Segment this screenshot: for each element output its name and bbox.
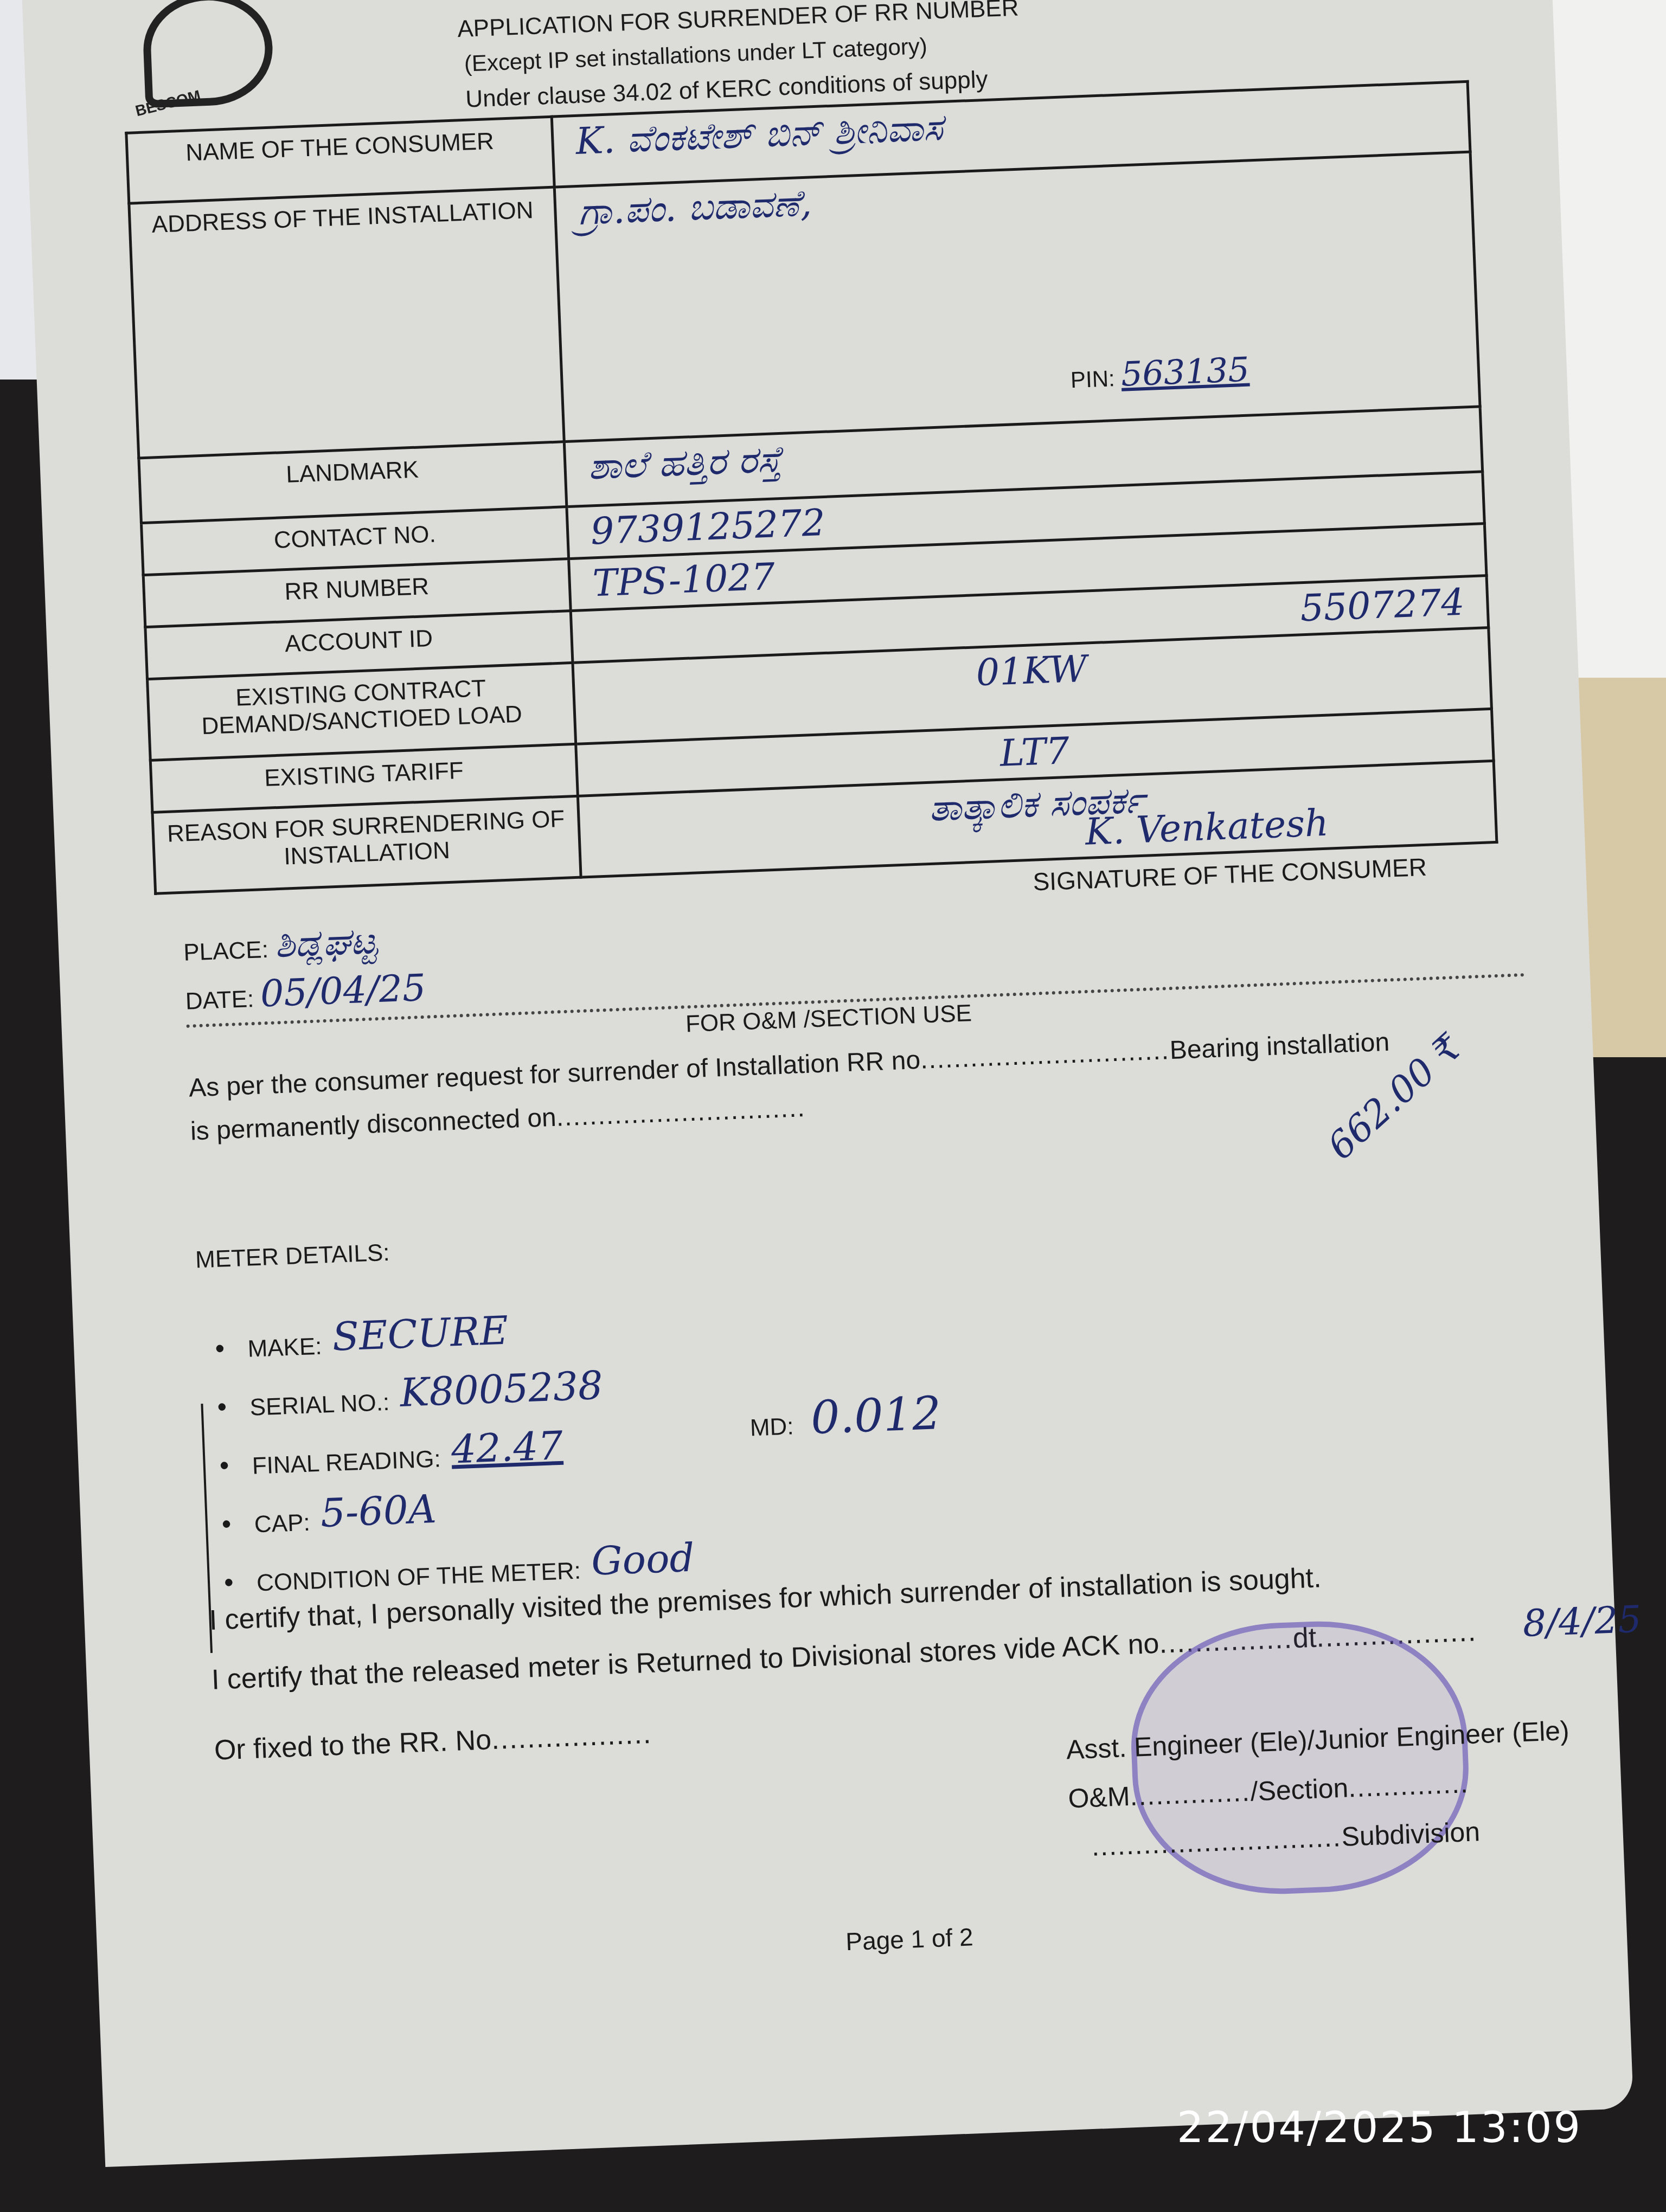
certification-fixed: Or fixed to the RR. No.................. — [214, 1718, 652, 1767]
blank-section: .............. — [1348, 1768, 1469, 1803]
date-field: DATE: 05/04/25 — [184, 967, 427, 1019]
md-value: 0.012 — [810, 1386, 942, 1444]
meter-details-title: METER DETAILS: — [195, 1239, 390, 1274]
form-paper: BESCOM (WHOLLY OWNED BY GOVERNMENT OF KA… — [22, 0, 1633, 2167]
cert-line3-text: Or fixed to the RR. No — [214, 1724, 492, 1766]
handwritten-value: 5507274 — [1299, 581, 1465, 631]
om-disconnect-line: is permanently disconnected on..........… — [190, 1093, 806, 1147]
value-address: ಗ್ರಾ.ಪಂ. ಬಡಾವಣೆ, PIN: 563135 — [554, 152, 1480, 442]
bullet-icon: • — [221, 1507, 255, 1540]
label-reason: REASON FOR SURRENDERING OF INSTALLATION — [152, 796, 581, 893]
meter-condition-value: Good — [591, 1535, 695, 1584]
handwritten-value: TPS-1027 — [592, 556, 776, 606]
om-request-line: As per the consumer request for surrende… — [188, 1027, 1390, 1103]
place-value: ಶಿಡ್ಲಘಟ್ಟ — [274, 919, 378, 966]
om-line1-text: As per the consumer request for surrende… — [188, 1046, 921, 1103]
place-field: PLACE: ಶಿಡ್ಲಘಟ್ಟ — [183, 919, 379, 970]
place-label: PLACE: — [183, 936, 269, 966]
md-field: MD: 0.012 — [748, 1386, 942, 1446]
bullet-icon: • — [214, 1332, 248, 1364]
table-row: ADDRESS OF THE INSTALLATION ಗ್ರಾ.ಪಂ. ಬಡಾ… — [129, 152, 1480, 458]
blank-rr-no: .............................. — [920, 1036, 1170, 1075]
consumer-details-table: NAME OF THE CONSUMER K. ವೆಂಕಟೇಶ್ ಬಿನ್ ಶ್… — [125, 80, 1498, 895]
pin-value: 563135 — [1120, 350, 1250, 394]
meter-final-reading-value: 42.47 — [450, 1423, 563, 1472]
bullet-icon: • — [223, 1566, 257, 1598]
officer-sign-date: 8/4/25 — [1522, 1598, 1642, 1645]
blank-om: .............. — [1129, 1776, 1251, 1811]
pin-label: PIN: — [1070, 365, 1115, 393]
om-line2-text: is permanently disconnected on — [190, 1103, 557, 1146]
page-number: Page 1 of 2 — [845, 1922, 973, 1956]
date-value: 05/04/25 — [260, 967, 427, 1016]
meter-serial-value: K8005238 — [399, 1362, 604, 1416]
date-label: DATE: — [185, 986, 254, 1015]
bescom-logo-icon — [142, 0, 275, 108]
handwritten-value: 9739125272 — [590, 501, 826, 554]
bullet-icon: • — [219, 1449, 253, 1481]
meter-serial-label: SERIAL NO.: — [249, 1389, 390, 1422]
meter-make-value: SECURE — [331, 1307, 509, 1359]
meter-condition-label: CONDITION OF THE METER: — [256, 1558, 581, 1597]
cert-line2-text: I certify that the released meter is Ret… — [211, 1628, 1160, 1696]
om-label: O&M — [1067, 1781, 1130, 1814]
camera-timestamp: 22/04/2025 13:09 — [1177, 2104, 1582, 2152]
meter-make-label: MAKE: — [247, 1333, 323, 1363]
om-line1-end: Bearing installation — [1169, 1028, 1390, 1065]
pin-field: PIN: 563135 — [585, 342, 1456, 415]
handwritten-value: ಗ್ರಾ.ಪಂ. ಬಡಾವಣೆ, — [578, 182, 812, 233]
subdivision-label: Subdivision — [1341, 1816, 1481, 1852]
section-label: /Section — [1250, 1773, 1349, 1807]
meter-cap-label: CAP: — [254, 1509, 311, 1539]
label-contract-demand: EXISTING CONTRACT DEMAND/SANCTIOED LOAD — [148, 663, 576, 760]
bullet-icon: • — [217, 1390, 251, 1423]
handwritten-value: 01KW — [975, 648, 1088, 695]
md-label: MD: — [749, 1413, 794, 1441]
meter-cap-value: 5-60A — [319, 1486, 437, 1536]
blank-disconnect-date: .............................. — [556, 1094, 806, 1132]
blank-rr-fixed: .................. — [491, 1718, 652, 1756]
label-address: ADDRESS OF THE INSTALLATION — [129, 187, 564, 458]
form-title: APPLICATION FOR SURRENDER OF RR NUMBER — [457, 0, 1019, 43]
handwritten-value: LT7 — [999, 730, 1070, 775]
meter-details-list: •MAKE:SECURE •SERIAL NO.:K8005238 •FINAL… — [213, 1288, 695, 1598]
handwritten-value: K. ವೆಂಕಟೇಶ್ ಬಿನ್ ಶ್ರೀನಿವಾಸ — [575, 106, 944, 163]
handwritten-value: ಶಾಲೆ ಹತ್ತಿರ ರಸ್ತೆ — [587, 438, 783, 488]
